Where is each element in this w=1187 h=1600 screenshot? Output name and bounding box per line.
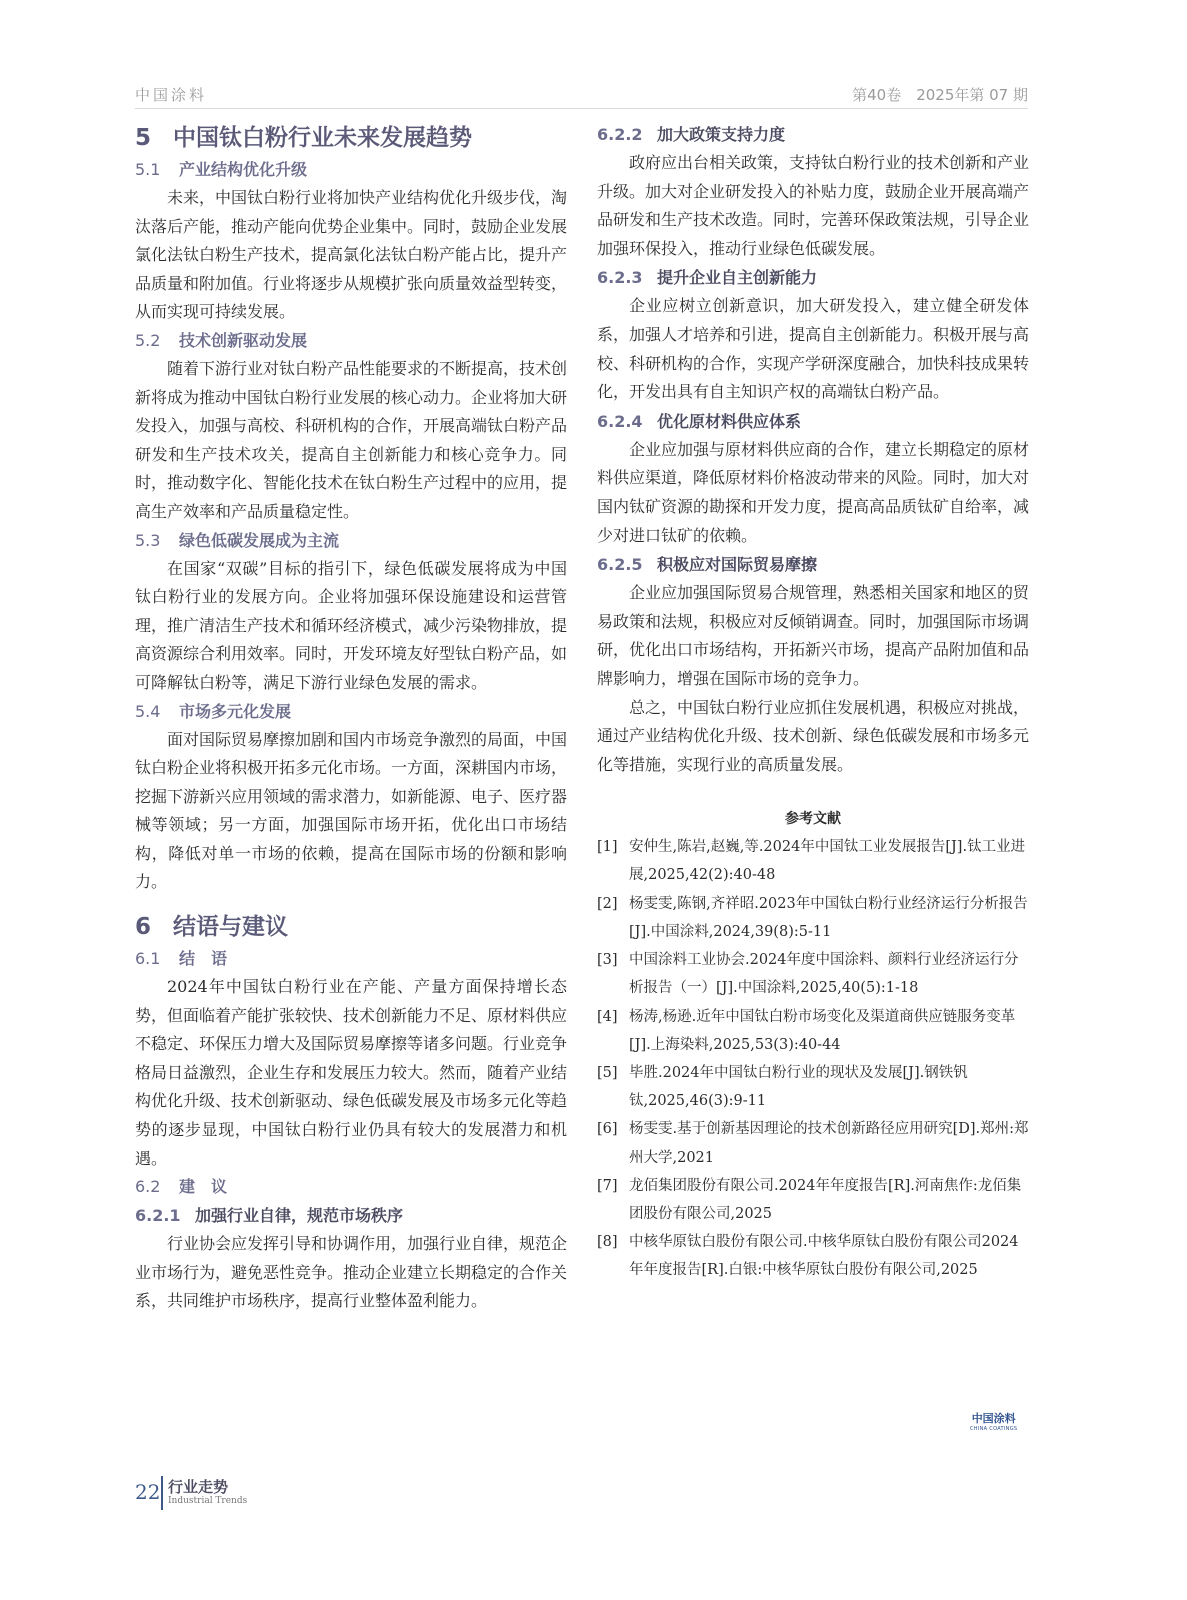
section-5-4-text: 面对国际贸易摩擦加剧和国内市场竞争激烈的局面，中国钛白粉企业将积极开拓多元化市场… [135, 726, 567, 898]
section-6-2-3-heading: 6.2.3提升企业自主创新能力 [597, 263, 1029, 292]
section-5-4-heading: 5.4市场多元化发展 [135, 698, 567, 726]
reference-item: [5]毕胜.2024年中国钛白粉行业的现状及发展[J].钢铁钒钛,2025,46… [597, 1059, 1029, 1115]
reference-item: [7]龙佰集团股份有限公司.2024年年度报告[R].河南焦作:龙佰集团股份有限… [597, 1172, 1029, 1228]
references-list: [1]安仲生,陈岩,赵巍,等.2024年中国钛工业发展报告[J].钛工业进展,2… [597, 833, 1029, 1284]
section-5-heading: 5中国钛白粉行业未来发展趋势 [135, 120, 567, 156]
section-6-2-4-text: 企业应加强与原材料供应商的合作，建立长期稳定的原材料供应渠道，降低原材料价格波动… [597, 436, 1029, 550]
running-header: 中国涂料 第40卷 2025年第 07 期 [135, 84, 1028, 109]
footer-divider [161, 1476, 163, 1510]
section-5-3-text: 在国家“双碳”目标的指引下，绿色低碳发展将成为中国钛白粉行业的发展方向。企业将加… [135, 555, 567, 698]
section-6-2-1-heading: 6.2.1加强行业自律，规范市场秩序 [135, 1201, 567, 1230]
issue-info: 第40卷 2025年第 07 期 [852, 84, 1028, 105]
reference-item: [1]安仲生,陈岩,赵巍,等.2024年中国钛工业发展报告[J].钛工业进展,2… [597, 833, 1029, 889]
right-column: 6.2.2加大政策支持力度 政府应出台相关政策，支持钛白粉行业的技术创新和产业升… [597, 120, 1029, 1285]
section-6-2-1-text: 行业协会应发挥引导和协调作用，加强行业自律，规范企业市场行为，避免恶性竞争。推动… [135, 1230, 567, 1316]
section-6-2-heading: 6.2建 议 [135, 1173, 567, 1201]
section-6-2-5-text: 企业应加强国际贸易合规管理，熟悉相关国家和地区的贸易政策和法规，积极应对反倾销调… [597, 579, 1029, 693]
references-title: 参考文献 [597, 805, 1029, 833]
section-6-2-4-heading: 6.2.4优化原材料供应体系 [597, 407, 1029, 436]
section-5-1-heading: 5.1产业结构优化升级 [135, 156, 567, 184]
section-6-heading: 6结语与建议 [135, 909, 567, 945]
reference-item: [3]中国涂料工业协会.2024年度中国涂料、颜料行业经济运行分析报告（一）[J… [597, 946, 1029, 1002]
section-6-2-5-heading: 6.2.5积极应对国际贸易摩擦 [597, 550, 1029, 579]
conclusion-text: 总之，中国钛白粉行业应抓住发展机遇，积极应对挑战，通过产业结构优化升级、技术创新… [597, 694, 1029, 780]
spacer [135, 897, 567, 909]
section-6-2-3-text: 企业应树立创新意识，加大研发投入，建立健全研发体系，加强人才培养和引进，提高自主… [597, 292, 1029, 406]
page-number: 22 [135, 1480, 160, 1504]
section-5-3-heading: 5.3绿色低碳发展成为主流 [135, 527, 567, 555]
reference-item: [2]杨雯雯,陈钢,齐祥昭.2023年中国钛白粉行业经济运行分析报告[J].中国… [597, 890, 1029, 946]
section-5-2-text: 随着下游行业对钛白粉产品性能要求的不断提高，技术创新将成为推动中国钛白粉行业发展… [135, 355, 567, 527]
reference-item: [8]中核华原钛白股份有限公司.中核华原钛白股份有限公司2024年年度报告[R]… [597, 1228, 1029, 1284]
section-5-1-text: 未来，中国钛白粉行业将加快产业结构优化升级步伐，淘汰落后产能，推动产能向优势企业… [135, 184, 567, 327]
section-6-2-2-heading: 6.2.2加大政策支持力度 [597, 120, 1029, 149]
reference-item: [4]杨涛,杨逊.近年中国钛白粉市场变化及渠道商供应链服务变革[J].上海染料,… [597, 1003, 1029, 1059]
section-label-cn: 行业走势 [168, 1476, 228, 1497]
section-5-2-heading: 5.2技术创新驱动发展 [135, 327, 567, 355]
reference-item: [6]杨雯雯.基于创新基因理论的技术创新路径应用研究[D].郑州:郑州大学,20… [597, 1115, 1029, 1171]
section-6-1-heading: 6.1结 语 [135, 945, 567, 973]
journal-name: 中国涂料 [135, 84, 207, 105]
section-6-1-text: 2024年中国钛白粉行业在产能、产量方面保持增长态势，但面临着产能扩张较快、技术… [135, 973, 567, 1173]
section-6-2-2-text: 政府应出台相关政策，支持钛白粉行业的技术创新和产业升级。加大对企业研发投入的补贴… [597, 149, 1029, 263]
journal-logo: 中国涂料 CHINA COATINGS [970, 1410, 1017, 1432]
section-label-en: Industrial Trends [168, 1496, 247, 1506]
left-column: 5中国钛白粉行业未来发展趋势 5.1产业结构优化升级 未来，中国钛白粉行业将加快… [135, 120, 567, 1316]
